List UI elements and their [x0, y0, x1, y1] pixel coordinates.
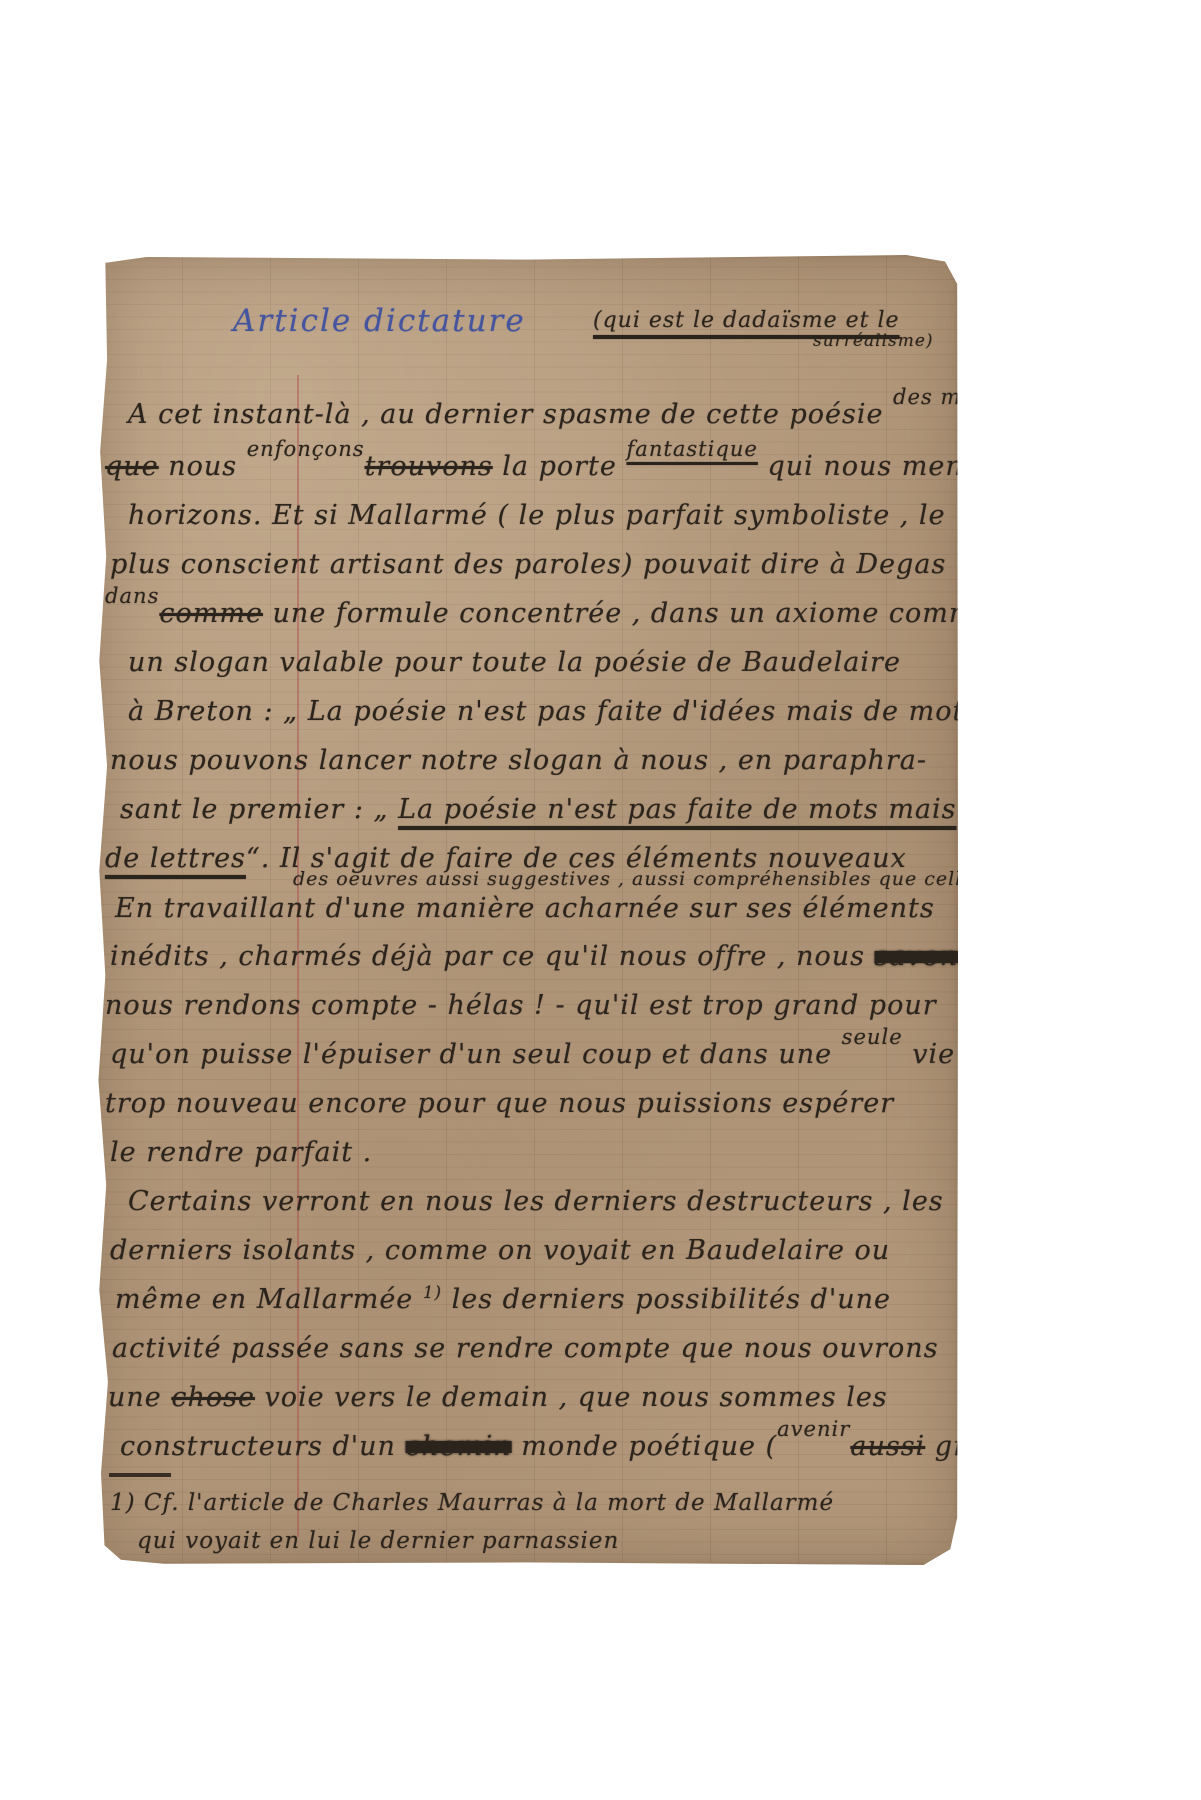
- text-segment: la porte: [493, 451, 627, 482]
- footnote-divider: [109, 1473, 171, 1477]
- text-segment: nous: [159, 451, 247, 482]
- text-segment: trop nouveau encore pour que nous puissi…: [105, 1088, 894, 1119]
- handwritten-line: constructeurs d'un chemin monde poétique…: [120, 1427, 1021, 1466]
- underlined-text: La poésie n'est pas faite de mots mais: [398, 794, 956, 825]
- handwritten-line: horizons. Et si Mallarmé ( le plus parfa…: [128, 496, 946, 535]
- handwritten-line: trop nouveau encore pour que nous puissi…: [105, 1084, 894, 1123]
- text-segment: derniers isolants , comme on voyait en B…: [110, 1235, 890, 1266]
- inserted-word-underlined: fantastique: [626, 434, 757, 465]
- handwritten-line: un slogan valable pour toute la poésie d…: [128, 643, 901, 682]
- inserted-word: avenir: [777, 1414, 850, 1445]
- text-segment: horizons. Et si Mallarmé ( le plus parfa…: [128, 500, 946, 531]
- notebook-page: Article dictature (qui est le dadaïsme e…: [95, 255, 958, 1565]
- struck-text: trouvons: [365, 451, 493, 482]
- handwritten-line: plus conscient artisant des paroles) pou…: [110, 545, 946, 584]
- handwritten-line: le rendre parfait .: [110, 1133, 372, 1172]
- inserted-word: des mots: [893, 382, 996, 413]
- text-segment: monde poétique (: [512, 1431, 777, 1462]
- text-segment: A cet instant-là , au dernier spasme de …: [128, 399, 893, 430]
- handwritten-line: que nous enfonçonstrouvons la porte fant…: [105, 447, 1201, 486]
- text-segment: même en Mallarmée: [115, 1284, 423, 1315]
- text-segment: surréalisme): [813, 331, 934, 351]
- manuscript-text: Article dictature (qui est le dadaïsme e…: [95, 255, 958, 1565]
- text-segment: une formule concentrée , dans un axiome …: [263, 598, 993, 629]
- text-segment: voie vers le demain , que nous sommes le…: [255, 1382, 888, 1413]
- text-segment: plus conscient artisant des paroles) pou…: [110, 549, 946, 580]
- text-segment: un slogan valable pour toute la poésie d…: [128, 647, 901, 678]
- interline-insert: surréalisme): [813, 329, 934, 354]
- handwritten-line: derniers isolants , comme on voyait en B…: [110, 1231, 890, 1270]
- struck-text: chose: [171, 1382, 255, 1413]
- handwritten-line: nous rendons compte - hélas ! - qu'il es…: [105, 986, 937, 1025]
- text-segment: qu'on puisse l'épuiser d'un seul coup et…: [110, 1039, 842, 1070]
- inserted-word: dans: [105, 581, 159, 612]
- handwritten-line: même en Mallarmée 1) les derniers possib…: [115, 1280, 891, 1319]
- page-title: Article dictature: [233, 303, 526, 339]
- text-segment: qui nous menera vers d'autres: [758, 451, 1201, 482]
- scribbled-out-text: savons: [875, 941, 974, 972]
- handwritten-line: qu'on puisse l'épuiser d'un seul coup et…: [110, 1035, 974, 1074]
- handwritten-line: une chose voie vers le demain , que nous…: [108, 1378, 888, 1417]
- text-segment: 1) Cf. l'article de Charles Maurras à la…: [110, 1490, 834, 1516]
- photo-backdrop: Article dictature (qui est le dadaïsme e…: [0, 0, 1201, 1800]
- inserted-word: enfonçons: [247, 434, 365, 465]
- handwritten-line: En travaillant d'une manière acharnée su…: [115, 889, 935, 928]
- text-segment: vie ,: [903, 1039, 975, 1070]
- footnote-line: qui voyait en lui le dernier parnassien: [137, 1525, 619, 1558]
- struck-text: aussi: [850, 1431, 925, 1462]
- footnote-marker: 1): [423, 1282, 442, 1302]
- text-segment: activité passée sans se rendre compte qu…: [112, 1333, 939, 1364]
- text-segment: sant le premier : „: [120, 794, 398, 825]
- footnote-line: 1) Cf. l'article de Charles Maurras à la…: [110, 1487, 834, 1520]
- scribbled-out-text: chemin: [406, 1431, 512, 1462]
- text-segment: En travaillant d'une manière acharnée su…: [115, 893, 935, 924]
- handwritten-line: sant le premier : „ La poésie n'est pas …: [120, 790, 957, 829]
- text-segment: qui voyait en lui le dernier parnassien: [137, 1528, 619, 1554]
- text-segment: nous pouvons lancer notre slogan à nous …: [110, 745, 927, 776]
- handwritten-line: Certains verront en nous les derniers de…: [128, 1182, 944, 1221]
- text-segment: une: [108, 1382, 171, 1413]
- struck-text: que: [105, 451, 159, 482]
- text-segment: constructeurs d'un: [120, 1431, 406, 1462]
- underlined-text: de lettres: [105, 843, 246, 874]
- handwritten-line: nous pouvons lancer notre slogan à nous …: [110, 741, 927, 780]
- inserted-word: seule: [842, 1022, 903, 1053]
- text-segment: le rendre parfait .: [110, 1137, 372, 1168]
- text-segment: Certains verront en nous les derniers de…: [128, 1186, 944, 1217]
- handwritten-line: inédits , charmés déjà par ce qu'il nous…: [110, 937, 973, 976]
- text-segment: des oeuvres aussi suggestives , aussi co…: [293, 868, 1086, 890]
- handwritten-line: activité passée sans se rendre compte qu…: [112, 1329, 939, 1368]
- handwritten-line: à Breton : „ La poésie n'est pas faite d…: [128, 692, 994, 731]
- text-segment: inédits , charmés déjà par ce qu'il nous…: [110, 941, 875, 972]
- text-segment: à Breton : „ La poésie n'est pas faite d…: [128, 696, 994, 727]
- handwritten-line: danscomme une formule concentrée , dans …: [105, 594, 992, 633]
- text-segment: grand: [925, 1431, 1021, 1462]
- text-segment: les derniers possibilités d'une: [442, 1284, 891, 1315]
- struck-text: comme: [159, 598, 263, 629]
- text-segment: nous rendons compte - hélas ! - qu'il es…: [105, 990, 937, 1021]
- handwritten-line: A cet instant-là , au dernier spasme de …: [128, 395, 996, 434]
